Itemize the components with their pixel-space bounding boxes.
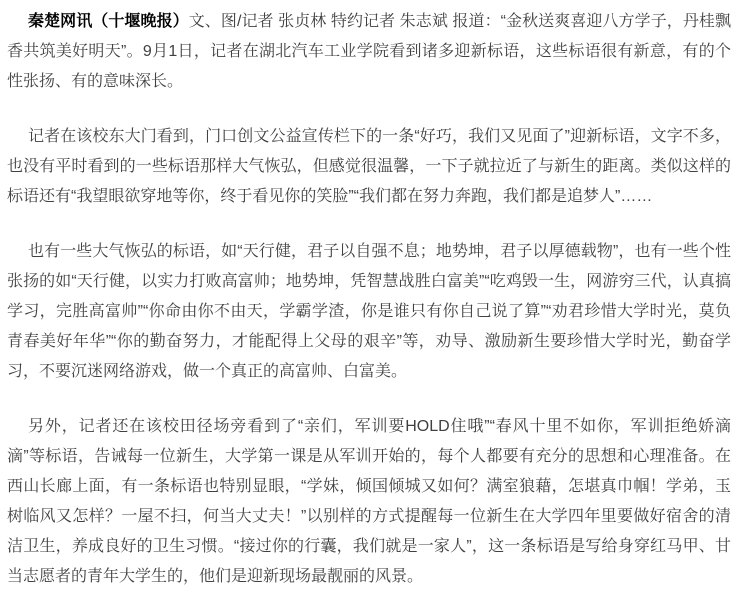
paragraph-lead: 秦楚网讯（十堰晚报）文、图/记者 张贞林 特约记者 朱志斌 报道：“金秋送爽喜迎…: [7, 7, 731, 97]
paragraph-military-training-slogans: 另外，记者还在该校田径场旁看到了“亲们，军训要HOLD住哦”“春风十里不如你，军…: [7, 412, 731, 592]
paragraph-east-gate-slogans: 记者在该校东大门看到，门口创文公益宣传栏下的一条“好巧，我们又见面了”迎新标语，…: [7, 122, 731, 212]
paragraph-grand-and-personal-slogans: 也有一些大气恢弘的标语，如“天行健，君子以自强不息；地势坤，君子以厚德载物”，也…: [7, 237, 731, 387]
source-label: 秦楚网讯（十堰晚报）: [28, 13, 189, 30]
article-page: 秦楚网讯（十堰晚报）文、图/记者 张贞林 特约记者 朱志斌 报道：“金秋送爽喜迎…: [0, 0, 738, 612]
